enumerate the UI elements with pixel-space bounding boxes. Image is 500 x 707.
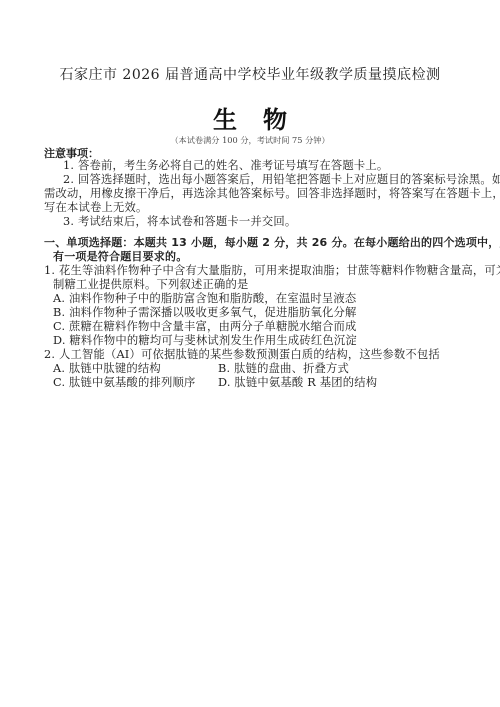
option: B. 肽链的盘曲、折叠方式	[218, 362, 349, 375]
option: D. 肽链中氨基酸 R 基团的结构	[218, 376, 377, 389]
question-stem: 1. 花生等油料作物种子中含有大量脂肪，可用来提取油脂；甘蔗等糖料作物糖含量高，…	[44, 264, 500, 277]
subject-title: 生物	[0, 100, 500, 135]
section-heading: 有一项是符合题目要求的。	[53, 250, 187, 263]
notice-line: 2. 回答选择题时，选出每小题答案后，用铅笔把答题卡上对应题目的答案标号涂黑。如	[63, 173, 500, 186]
option: A. 油料作物种子中的脂肪富含饱和脂肪酸，在室温时呈液态	[53, 292, 356, 305]
question-stem: 2. 人工智能（AI）可依据肽链的某些参数预测蛋白质的结构，这些参数不包括	[44, 348, 440, 361]
option: C. 肽链中氨基酸的排列顺序	[53, 376, 196, 389]
notice-line: 3. 考试结束后，将本试卷和答题卡一并交回。	[63, 215, 296, 228]
subject-char: 物	[263, 100, 287, 135]
exam-title: 石家庄市 2026 届普通高中学校毕业年级教学质量摸底检测	[0, 64, 500, 84]
notice-line: 1. 答卷前，考生务必将自己的姓名、准考证号填写在答题卡上。	[63, 159, 388, 172]
option: C. 蔗糖在糖料作物中含量丰富，由两分子单糖脱水缩合而成	[53, 320, 356, 333]
section-heading: 一、单项选择题：本题共 13 小题，每小题 2 分，共 26 分。在每小题给出的…	[44, 236, 500, 249]
option: D. 糖料作物中的糖均可与斐林试剂发生作用生成砖红色沉淀	[53, 334, 357, 347]
notice-line: 写在本试卷上无效。	[44, 201, 147, 214]
question-stem: 制糖工业提供原料。下列叙述正确的是	[53, 278, 248, 291]
option: A. 肽链中肽键的结构	[53, 362, 161, 375]
exam-page: 石家庄市 2026 届普通高中学校毕业年级教学质量摸底检测 生物 （本试卷满分 …	[0, 0, 500, 707]
subject-char: 生	[213, 100, 237, 135]
notice-line: 需改动，用橡皮擦干净后，再选涂其他答案标号。回答非选择题时，将答案写在答题卡上，	[44, 187, 500, 200]
option: B. 油料作物种子需深播以吸收更多氧气，促进脂肪氧化分解	[53, 306, 357, 319]
